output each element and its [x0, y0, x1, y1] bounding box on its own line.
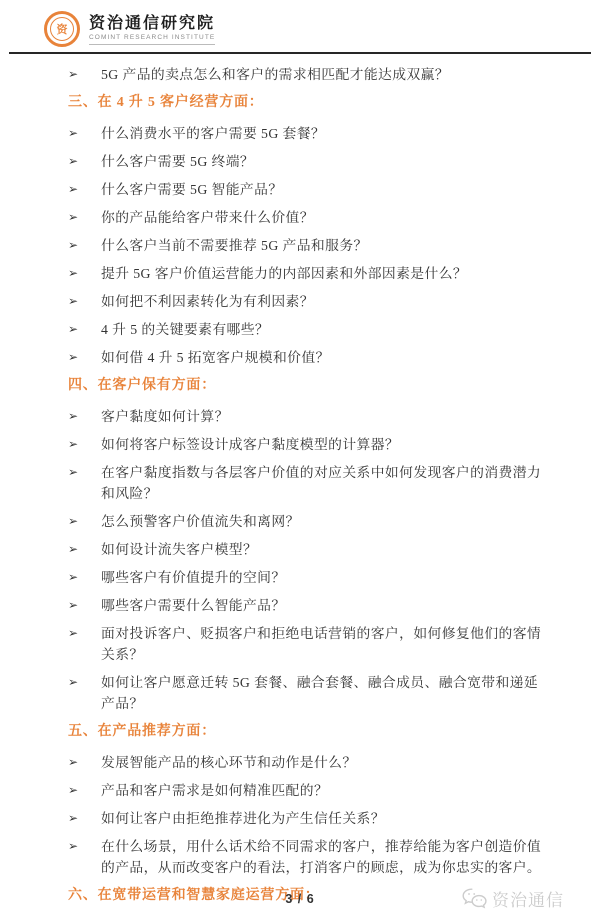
question-text: 什么消费水平的客户需要 5G 套餐？: [101, 123, 325, 144]
arrow-bullet-icon: ➢: [68, 780, 101, 801]
arrow-bullet-icon: ➢: [68, 434, 101, 455]
question-text: 产品和客户需求是如何精准匹配的？: [101, 780, 328, 801]
arrow-bullet-icon: ➢: [68, 151, 101, 172]
question-text: 4 升 5 的关键要素有哪些？: [101, 319, 269, 340]
arrow-bullet-icon: ➢: [68, 319, 101, 340]
arrow-bullet-icon: ➢: [68, 623, 101, 665]
arrow-bullet-icon: ➢: [68, 539, 101, 560]
question-text: 如何借 4 升 5 拓宽客户规模和价值？: [101, 347, 330, 368]
question-text: 如何让客户愿意迁转 5G 套餐、融合套餐、融合成员、融合宽带和递延产品？: [101, 672, 544, 714]
arrow-bullet-icon: ➢: [68, 179, 101, 200]
question-item: ➢发展智能产品的核心环节和动作是什么？: [68, 752, 544, 773]
question-item: ➢面对投诉客户、贬损客户和拒绝电话营销的客户，如何修复他们的客情关系？: [68, 623, 544, 665]
question-text: 你的产品能给客户带来什么价值？: [101, 207, 314, 228]
question-item: ➢在什么场景，用什么话术给不同需求的客户，推荐给能为客户创造价值的产品，从而改变…: [68, 836, 544, 878]
arrow-bullet-icon: ➢: [68, 235, 101, 256]
question-item: ➢如何将客户标签设计成客户黏度模型的计算器？: [68, 434, 544, 455]
question-text: 在客户黏度指数与各层客户价值的对应关系中如何发现客户的消费潜力和风险？: [101, 462, 544, 504]
arrow-bullet-icon: ➢: [68, 64, 101, 85]
org-logo-seal: 资: [50, 17, 74, 41]
question-item: ➢在客户黏度指数与各层客户价值的对应关系中如何发现客户的消费潜力和风险？: [68, 462, 544, 504]
question-text: 如何设计流失客户模型？: [101, 539, 257, 560]
arrow-bullet-icon: ➢: [68, 808, 101, 829]
question-item: ➢什么客户需要 5G 智能产品？: [68, 179, 544, 200]
section-heading: 四、在客户保有方面：: [68, 375, 544, 396]
arrow-bullet-icon: ➢: [68, 511, 101, 532]
section-heading: 三、在 4 升 5 客户经营方面：: [68, 92, 544, 113]
arrow-bullet-icon: ➢: [68, 207, 101, 228]
arrow-bullet-icon: ➢: [68, 347, 101, 368]
question-text: 如何将客户标签设计成客户黏度模型的计算器？: [101, 434, 399, 455]
question-item: ➢客户黏度如何计算？: [68, 406, 544, 427]
arrow-bullet-icon: ➢: [68, 123, 101, 144]
arrow-bullet-icon: ➢: [68, 672, 101, 714]
question-item: ➢产品和客户需求是如何精准匹配的？: [68, 780, 544, 801]
org-logo-icon: 资: [44, 11, 80, 47]
question-item: ➢怎么预警客户价值流失和离网？: [68, 511, 544, 532]
question-text: 什么客户当前不需要推荐 5G 产品和服务？: [101, 235, 368, 256]
question-text: 5G 产品的卖点怎么和客户的需求相匹配才能达成双赢？: [101, 64, 449, 85]
org-name: 资治通信研究院: [89, 14, 215, 33]
document-page: 资 资治通信研究院 COMINT RESEARCH INSTITUTE ➢5G …: [0, 0, 600, 923]
wechat-watermark: 资治通信: [461, 886, 564, 911]
question-item: ➢4 升 5 的关键要素有哪些？: [68, 319, 544, 340]
question-item: ➢什么消费水平的客户需要 5G 套餐？: [68, 123, 544, 144]
question-item: ➢如何把不利因素转化为有利因素？: [68, 291, 544, 312]
question-item: ➢如何借 4 升 5 拓宽客户规模和价值？: [68, 347, 544, 368]
question-text: 如何让客户由拒绝推荐进化为产生信任关系？: [101, 808, 385, 829]
question-item: ➢如何让客户愿意迁转 5G 套餐、融合套餐、融合成员、融合宽带和递延产品？: [68, 672, 544, 714]
question-text: 在什么场景，用什么话术给不同需求的客户，推荐给能为客户创造价值的产品，从而改变客…: [101, 836, 544, 878]
watermark-text: 资治通信: [492, 886, 564, 911]
question-item: ➢你的产品能给客户带来什么价值？: [68, 207, 544, 228]
page-header: 资 资治通信研究院 COMINT RESEARCH INSTITUTE: [0, 0, 600, 47]
question-item: ➢5G 产品的卖点怎么和客户的需求相匹配才能达成双赢？: [68, 64, 544, 85]
org-title-block: 资治通信研究院 COMINT RESEARCH INSTITUTE: [89, 14, 215, 45]
arrow-bullet-icon: ➢: [68, 263, 101, 284]
question-text: 什么客户需要 5G 终端？: [101, 151, 254, 172]
question-text: 哪些客户有价值提升的空间？: [101, 567, 286, 588]
question-text: 提升 5G 客户价值运营能力的内部因素和外部因素是什么？: [101, 263, 467, 284]
question-item: ➢什么客户当前不需要推荐 5G 产品和服务？: [68, 235, 544, 256]
question-item: ➢如何设计流失客户模型？: [68, 539, 544, 560]
question-item: ➢如何让客户由拒绝推荐进化为产生信任关系？: [68, 808, 544, 829]
arrow-bullet-icon: ➢: [68, 291, 101, 312]
question-text: 怎么预警客户价值流失和离网？: [101, 511, 300, 532]
question-item: ➢哪些客户需要什么智能产品？: [68, 595, 544, 616]
question-text: 发展智能产品的核心环节和动作是什么？: [101, 752, 357, 773]
arrow-bullet-icon: ➢: [68, 836, 101, 878]
wechat-icon: [461, 887, 488, 910]
arrow-bullet-icon: ➢: [68, 567, 101, 588]
question-text: 面对投诉客户、贬损客户和拒绝电话营销的客户，如何修复他们的客情关系？: [101, 623, 544, 665]
question-list: ➢5G 产品的卖点怎么和客户的需求相匹配才能达成双赢？三、在 4 升 5 客户经…: [0, 54, 600, 906]
question-item: ➢提升 5G 客户价值运营能力的内部因素和外部因素是什么？: [68, 263, 544, 284]
org-subtitle: COMINT RESEARCH INSTITUTE: [89, 33, 215, 45]
arrow-bullet-icon: ➢: [68, 752, 101, 773]
question-text: 如何把不利因素转化为有利因素？: [101, 291, 314, 312]
question-text: 哪些客户需要什么智能产品？: [101, 595, 286, 616]
question-text: 客户黏度如何计算？: [101, 406, 229, 427]
question-item: ➢什么客户需要 5G 终端？: [68, 151, 544, 172]
arrow-bullet-icon: ➢: [68, 595, 101, 616]
section-heading: 五、在产品推荐方面：: [68, 721, 544, 742]
arrow-bullet-icon: ➢: [68, 462, 101, 504]
arrow-bullet-icon: ➢: [68, 406, 101, 427]
question-item: ➢哪些客户有价值提升的空间？: [68, 567, 544, 588]
question-text: 什么客户需要 5G 智能产品？: [101, 179, 283, 200]
